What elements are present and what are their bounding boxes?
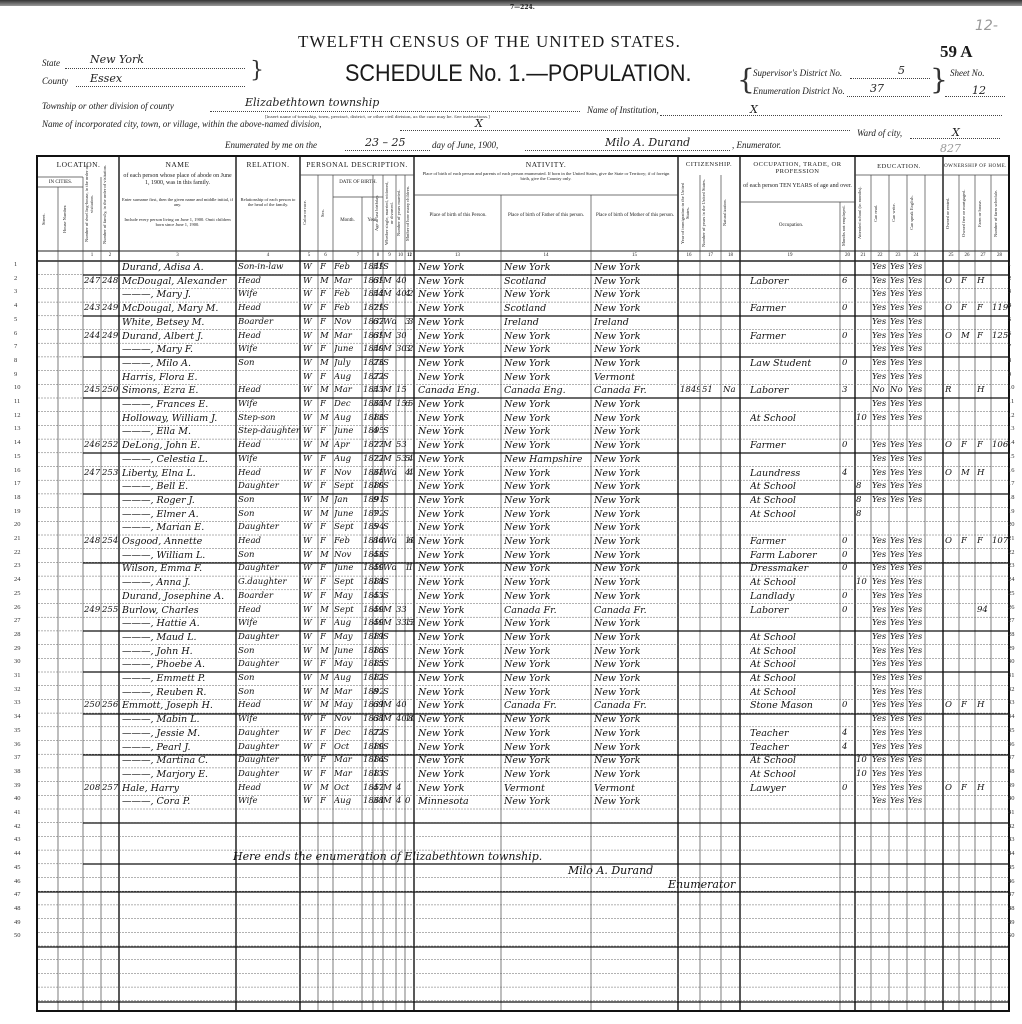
table-row: ———, Mary J.WifeWFFeb184554M4042New York… xyxy=(38,288,1008,302)
column-number: 17 xyxy=(700,253,721,258)
column-number: 13 xyxy=(414,253,501,258)
table-row: ———, Milo A.SonWMJuly187623SNew YorkNew … xyxy=(38,357,1008,371)
cell-unemployed: 0 xyxy=(842,549,855,562)
township-label: Township or other division of county xyxy=(42,101,174,111)
cell-month: Mar xyxy=(334,686,362,699)
cell-relation: Head xyxy=(238,302,300,315)
cell-free: M xyxy=(961,467,975,480)
cell-name: Durand, Adisa A. xyxy=(122,261,236,274)
line-number-right: 1 xyxy=(1008,261,1011,268)
cell-write: Yes xyxy=(890,549,907,562)
cell-name: ———, Emmett P. xyxy=(122,672,236,685)
cell-name: ———, Milo A. xyxy=(122,357,236,370)
cell-name: Burlow, Charles xyxy=(122,604,236,617)
cell-farm: F xyxy=(977,302,991,315)
cell-free: F xyxy=(961,782,975,795)
cell-read: Yes xyxy=(872,371,889,384)
cell-sched: 107 xyxy=(992,535,1008,548)
cell-pob-father: New York xyxy=(504,713,591,726)
cell-english: Yes xyxy=(908,631,925,644)
line-number-left: 21 xyxy=(14,535,21,542)
cell-pob: New York xyxy=(418,288,501,301)
cell-name: ———, Maud L. xyxy=(122,631,236,644)
line-number-left: 39 xyxy=(14,782,21,789)
cell-english: Yes xyxy=(908,576,925,589)
cell-owned: O xyxy=(945,467,959,480)
cell-dwelling: 244 xyxy=(84,330,101,343)
cell-family: 249 xyxy=(102,330,119,343)
cell-sex: F xyxy=(320,768,333,781)
cell-free: F xyxy=(961,439,975,452)
cell-english: Yes xyxy=(908,480,925,493)
cell-free: M xyxy=(961,330,975,343)
cell-read: Yes xyxy=(872,782,889,795)
cell-month: Mar xyxy=(334,754,362,767)
column-number: 12 xyxy=(405,253,414,258)
cell-school: 10 xyxy=(856,576,871,589)
cell-pob-father: New York xyxy=(504,631,591,644)
line-number-left: 32 xyxy=(14,686,21,693)
cell-marital: M xyxy=(383,288,396,301)
cell-color: W xyxy=(303,384,317,397)
line-number-left: 10 xyxy=(14,384,21,391)
line-number-right: 5 xyxy=(1008,316,1011,323)
cell-yrs-married: 40 xyxy=(396,275,406,288)
cell-pob-mother: Canada Fr. xyxy=(594,604,678,617)
line-number-left: 47 xyxy=(14,891,21,898)
cell-pob-mother: Vermont xyxy=(594,371,678,384)
cell-relation: Daughter xyxy=(238,754,300,767)
column-number: 1 xyxy=(83,253,101,258)
cell-sex: F xyxy=(320,316,333,329)
cell-sex: M xyxy=(320,494,333,507)
line-number-left: 44 xyxy=(14,850,21,857)
cell-color: W xyxy=(303,412,317,425)
cell-color: W xyxy=(303,549,317,562)
header-pob-mother: Place of birth of Mother of this person. xyxy=(593,212,677,219)
cell-pob-father: New York xyxy=(504,288,591,301)
cell-relation: Son xyxy=(238,508,300,521)
cell-occupation: Farmer xyxy=(750,330,840,343)
cell-pob-mother: New York xyxy=(594,261,678,274)
cell-name: ———, Martina C. xyxy=(122,754,236,767)
cell-sex: M xyxy=(320,549,333,562)
cell-dwelling: 249 xyxy=(84,604,101,617)
cell-relation: Wife xyxy=(238,343,300,356)
line-number-right: 11 xyxy=(1008,398,1014,405)
cell-mother-of: 0 xyxy=(405,795,414,808)
cell-pob: New York xyxy=(418,782,501,795)
cell-relation: Daughter xyxy=(238,521,300,534)
cell-month: June xyxy=(334,343,362,356)
cell-occupation: At School xyxy=(750,658,840,671)
cell-sex: M xyxy=(320,412,333,425)
line-number-right: 31 xyxy=(1008,672,1015,679)
header-occupation-sub: of each person TEN YEARS of age and over… xyxy=(742,183,853,190)
cell-pob: New York xyxy=(418,508,501,521)
cell-living: 2 xyxy=(408,343,416,356)
city-label: Name of incorporated city, town, or vill… xyxy=(42,119,321,129)
cell-unemployed: 0 xyxy=(842,330,855,343)
cell-name: ———, Frances E. xyxy=(122,398,236,411)
cell-english: Yes xyxy=(908,302,925,315)
cell-pob-mother: New York xyxy=(594,535,678,548)
cell-color: W xyxy=(303,508,317,521)
cell-read: Yes xyxy=(872,795,889,808)
cell-marital: S xyxy=(383,645,396,658)
cell-occupation: At School xyxy=(750,576,840,589)
line-number-left: 46 xyxy=(14,878,21,885)
cell-pob: New York xyxy=(418,672,501,685)
cell-read: Yes xyxy=(872,658,889,671)
cell-read: Yes xyxy=(872,316,889,329)
cell-pob: New York xyxy=(418,521,501,534)
vheader-free: Owned free or mortgaged. xyxy=(961,179,974,247)
line-number-left: 18 xyxy=(14,494,21,501)
cell-pob: New York xyxy=(418,330,501,343)
line-number-right: 37 xyxy=(1008,754,1015,761)
cell-name: ———, Elmer A. xyxy=(122,508,236,521)
county-line xyxy=(76,86,245,87)
cell-occupation: At School xyxy=(750,672,840,685)
table-row: ———, Marjory E.DaughterWFMar188713SNew Y… xyxy=(38,768,1008,782)
cell-name: Wilson, Emma F. xyxy=(122,562,236,575)
table-row: ———, Hattie A.WifeWFAug185049M33135New Y… xyxy=(38,617,1008,631)
cell-owned: O xyxy=(945,439,959,452)
cell-color: W xyxy=(303,521,317,534)
cell-pob-father: New York xyxy=(504,425,591,438)
cell-relation: Daughter xyxy=(238,741,300,754)
cell-name: ———, Jessie M. xyxy=(122,727,236,740)
table-row: Harris, Flora E.WFAug187722SNew YorkNew … xyxy=(38,371,1008,385)
vheader-years-us: Number of years in the United States. xyxy=(701,179,720,247)
cell-pob-father: New York xyxy=(504,357,591,370)
line-number-right: 19 xyxy=(1008,508,1015,515)
cell-dwelling: 250 xyxy=(84,699,101,712)
cell-marital: Wd xyxy=(383,467,396,480)
cell-occupation: At School xyxy=(750,768,840,781)
cell-marital: S xyxy=(383,754,396,767)
header-nativity-sub: Place of birth of each person and parent… xyxy=(418,171,674,181)
vheader-school: Attended school (in months). xyxy=(857,179,870,247)
cell-marital: M xyxy=(383,275,396,288)
ed-value: 37 xyxy=(870,82,884,95)
supervisor-line xyxy=(850,78,930,79)
enumerated-days-line xyxy=(345,150,430,151)
header-personal-description: PERSONAL DESCRIPTION. xyxy=(300,161,414,168)
cell-name: ———, Mary J. xyxy=(122,288,236,301)
cell-english: Yes xyxy=(908,795,925,808)
cell-relation: Head xyxy=(238,782,300,795)
line-number-right: 35 xyxy=(1008,727,1015,734)
line-number-right: 17 xyxy=(1008,480,1015,487)
cell-read: Yes xyxy=(872,439,889,452)
cell-english: Yes xyxy=(908,686,925,699)
cell-family: 254 xyxy=(102,535,119,548)
city-value: X xyxy=(475,117,483,130)
line-number-left: 3 xyxy=(14,288,17,295)
header-in-cities: IN CITIES. xyxy=(38,179,83,186)
cell-pob-mother: Canada Fr. xyxy=(594,384,678,397)
cell-relation: Head xyxy=(238,699,300,712)
cell-write: Yes xyxy=(890,316,907,329)
cell-month: Apr xyxy=(334,439,362,452)
cell-write: Yes xyxy=(890,645,907,658)
cell-english: Yes xyxy=(908,453,925,466)
cell-marital: M xyxy=(383,330,396,343)
column-number: 8 xyxy=(373,253,383,258)
line-number-right: 46 xyxy=(1008,878,1015,885)
cell-english: Yes xyxy=(908,645,925,658)
cell-occupation: Laundress xyxy=(750,467,840,480)
cell-color: W xyxy=(303,398,317,411)
cell-family: 255 xyxy=(102,604,119,617)
cell-pob-father: New York xyxy=(504,371,591,384)
cell-pob: New York xyxy=(418,617,501,630)
cell-sex: F xyxy=(320,398,333,411)
cell-family: 257 xyxy=(102,782,119,795)
supervisor-value: 5 xyxy=(898,64,905,77)
cell-occupation: Teacher xyxy=(750,727,840,740)
line-number-left: 14 xyxy=(14,439,21,446)
cell-color: W xyxy=(303,261,317,274)
cell-sched: 119 xyxy=(992,302,1008,315)
line-number-left: 40 xyxy=(14,795,21,802)
cell-color: W xyxy=(303,782,317,795)
cell-write: Yes xyxy=(890,439,907,452)
cell-pob-mother: New York xyxy=(594,768,678,781)
cell-pob-father: New York xyxy=(504,741,591,754)
cell-sex: F xyxy=(320,302,333,315)
sheet-label: 59 A xyxy=(940,42,973,62)
vheader-street: Street. xyxy=(41,191,55,247)
table-row: ———, William L.SonWMNov185643SNew YorkNe… xyxy=(38,549,1008,563)
cell-owned: O xyxy=(945,302,959,315)
line-number-right: 26 xyxy=(1008,604,1015,611)
cell-pob: New York xyxy=(418,631,501,644)
cell-english: Yes xyxy=(908,590,925,603)
cell-pob: New York xyxy=(418,604,501,617)
table-row: ———, Marian E.DaughterWFSept18945SNew Yo… xyxy=(38,521,1008,535)
cell-write: Yes xyxy=(890,288,907,301)
cell-dwelling: 245 xyxy=(84,384,101,397)
cell-sex: M xyxy=(320,508,333,521)
district-brace-right: } xyxy=(930,63,948,96)
line-number-left: 16 xyxy=(14,467,21,474)
cell-write: Yes xyxy=(890,686,907,699)
cell-sex: F xyxy=(320,590,333,603)
cell-marital: S xyxy=(383,590,396,603)
cell-name: ———, Roger J. xyxy=(122,494,236,507)
cell-sex: M xyxy=(320,384,333,397)
cell-pob-mother: New York xyxy=(594,288,678,301)
cell-write: Yes xyxy=(890,453,907,466)
cell-pob-mother: New York xyxy=(594,617,678,630)
cell-name: DeLong, John E. xyxy=(122,439,236,452)
cell-color: W xyxy=(303,631,317,644)
cell-month: May xyxy=(334,590,362,603)
cell-sex: F xyxy=(320,371,333,384)
cell-relation: Wife xyxy=(238,617,300,630)
cell-color: W xyxy=(303,562,317,575)
cell-write: Yes xyxy=(890,672,907,685)
cell-pob: New York xyxy=(418,371,501,384)
cell-read: Yes xyxy=(872,741,889,754)
cell-read: Yes xyxy=(872,604,889,617)
cell-living: 8 xyxy=(408,713,416,726)
cell-sex: F xyxy=(320,741,333,754)
cell-relation: Head xyxy=(238,439,300,452)
cell-relation: Wife xyxy=(238,453,300,466)
cell-color: W xyxy=(303,275,317,288)
cell-pob: New York xyxy=(418,754,501,767)
cell-english: Yes xyxy=(908,754,925,767)
cell-pob-mother: New York xyxy=(594,343,678,356)
cell-relation: Wife xyxy=(238,288,300,301)
line-number-left: 5 xyxy=(14,316,17,323)
cell-occupation: Law Student xyxy=(750,357,840,370)
cell-marital: S xyxy=(383,658,396,671)
table-row: 250256Emmott, Joseph H.HeadWMMay183169M4… xyxy=(38,699,1008,713)
cell-month: Sept xyxy=(334,480,362,493)
column-number: 21 xyxy=(855,253,871,258)
cell-read: Yes xyxy=(872,330,889,343)
cell-pob-mother: New York xyxy=(594,439,678,452)
cell-read: Yes xyxy=(872,576,889,589)
ed-line xyxy=(847,96,930,97)
cell-pob-mother: New York xyxy=(594,549,678,562)
cell-month: Nov xyxy=(334,316,362,329)
table-row: Durand, Josephine A.BoarderWFMay185743SN… xyxy=(38,590,1008,604)
header-name-sub: of each person whose place of abode on J… xyxy=(122,173,233,187)
cell-read: Yes xyxy=(872,699,889,712)
cell-pob-mother: New York xyxy=(594,398,678,411)
cell-yrs-married: 4 xyxy=(396,782,406,795)
vheader-mother-of: Mother of how many children. xyxy=(405,179,414,247)
cell-name: Liberty, Elna L. xyxy=(122,467,236,480)
cell-school: 10 xyxy=(856,754,871,767)
cell-occupation: At School xyxy=(750,686,840,699)
header-occupation: OCCUPATION, TRADE, OR PROFESSION xyxy=(742,161,853,175)
cell-read: Yes xyxy=(872,494,889,507)
cell-color: W xyxy=(303,686,317,699)
table-row: ———, Elmer A.SonWMJune18927SNew YorkNew … xyxy=(38,508,1008,522)
cell-read: Yes xyxy=(872,617,889,630)
cell-sched: 106 xyxy=(992,439,1008,452)
cell-pob-father: New York xyxy=(504,439,591,452)
cell-occupation: Laborer xyxy=(750,384,840,397)
cell-read: Yes xyxy=(872,754,889,767)
line-number-left: 36 xyxy=(14,741,21,748)
cell-owned: O xyxy=(945,275,959,288)
cell-read: Yes xyxy=(872,549,889,562)
cell-relation: Daughter xyxy=(238,480,300,493)
cell-pob-father: New York xyxy=(504,343,591,356)
cell-color: W xyxy=(303,754,317,767)
header-relation: RELATION. xyxy=(236,161,300,168)
table-row: ———, Frances E.WifeWFDec186435M1565New Y… xyxy=(38,398,1008,412)
cell-pob-mother: New York xyxy=(594,330,678,343)
cell-month: June xyxy=(334,508,362,521)
cell-pob-mother: New York xyxy=(594,562,678,575)
cell-sex: F xyxy=(320,658,333,671)
cell-write: Yes xyxy=(890,357,907,370)
cell-school: 8 xyxy=(856,494,871,507)
cell-pob-mother: New York xyxy=(594,754,678,767)
cell-name: Holloway, William J. xyxy=(122,412,236,425)
cell-marital: M xyxy=(383,343,396,356)
enumerator-signature: Milo A. Durand xyxy=(568,864,653,877)
cell-name: White, Betsey M. xyxy=(122,316,236,329)
end-of-enumeration-note: Here ends the enumeration of Elizabethto… xyxy=(233,850,542,863)
cell-relation: G.daughter xyxy=(238,576,300,589)
column-number: 23 xyxy=(889,253,907,258)
cell-relation: Wife xyxy=(238,398,300,411)
line-number-right: 14 xyxy=(1008,439,1015,446)
table-row: 208257Hale, HarryHeadWMOct185247M4New Yo… xyxy=(38,782,1008,796)
cell-color: W xyxy=(303,343,317,356)
cell-yrs-married: 33 xyxy=(396,604,406,617)
cell-month: Aug xyxy=(334,617,362,630)
cell-free: F xyxy=(961,699,975,712)
cell-english: Yes xyxy=(908,782,925,795)
line-number-left: 49 xyxy=(14,919,21,926)
cell-english: Yes xyxy=(908,288,925,301)
cell-owned: O xyxy=(945,699,959,712)
cell-pob: New York xyxy=(418,535,501,548)
line-number-right: 49 xyxy=(1008,919,1015,926)
cell-read: Yes xyxy=(872,480,889,493)
line-number-left: 6 xyxy=(14,330,17,337)
cell-month: Aug xyxy=(334,453,362,466)
header-name-note1: Enter surname first, then the given name… xyxy=(122,197,233,207)
cell-sex: M xyxy=(320,645,333,658)
cell-family: 256 xyxy=(102,699,119,712)
cell-read: Yes xyxy=(872,275,889,288)
cell-pob-father: New York xyxy=(504,494,591,507)
cell-sex: F xyxy=(320,467,333,480)
cell-occupation: At School xyxy=(750,754,840,767)
line-number-right: 9 xyxy=(1008,371,1011,378)
cell-relation: Head xyxy=(238,384,300,397)
cell-dwelling: 243 xyxy=(84,302,101,315)
table-row: 247248McDougal, AlexanderHeadWMMar183961… xyxy=(38,275,1008,289)
cell-english: Yes xyxy=(908,604,925,617)
cell-pob-mother: New York xyxy=(594,741,678,754)
vheader-family: Number of family, in the order of visita… xyxy=(102,161,118,247)
cell-sex: F xyxy=(320,261,333,274)
cell-sex: F xyxy=(320,754,333,767)
line-number-left: 2 xyxy=(14,275,17,282)
cell-pob: New York xyxy=(418,357,501,370)
line-number-left: 50 xyxy=(14,932,21,939)
line-number-left: 29 xyxy=(14,645,21,652)
cell-occupation: Teacher xyxy=(750,741,840,754)
cell-pob: New York xyxy=(418,275,501,288)
column-number: 20 xyxy=(840,253,855,258)
cell-write: Yes xyxy=(890,795,907,808)
cell-write: Yes xyxy=(890,604,907,617)
cell-month: Mar xyxy=(334,275,362,288)
cell-month: Nov xyxy=(334,549,362,562)
county-label: County xyxy=(42,76,68,86)
cell-pob: New York xyxy=(418,439,501,452)
cell-marital: M xyxy=(383,384,396,397)
cell-occupation: At School xyxy=(750,645,840,658)
cell-pob: Canada Eng. xyxy=(418,384,501,397)
cell-relation: Head xyxy=(238,604,300,617)
cell-pob-mother: New York xyxy=(594,302,678,315)
